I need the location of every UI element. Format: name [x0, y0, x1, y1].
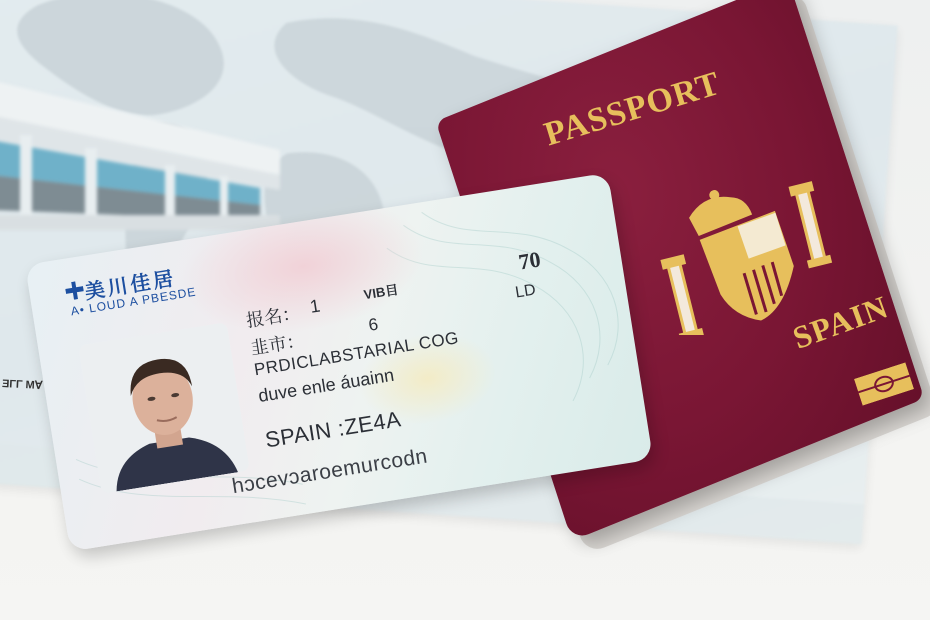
cross-icon: [64, 280, 85, 301]
airport-terminal-image: [0, 80, 280, 230]
photo-scene: ƎΓΓ M∀ PASSPORT SPA: [0, 0, 930, 620]
portrait-photo: [78, 322, 250, 494]
portrait-image: [78, 322, 250, 494]
field-number: 70: [517, 246, 543, 275]
background-doc-text: ƎΓΓ M∀: [2, 377, 43, 392]
field-code-2: LD: [514, 282, 537, 303]
